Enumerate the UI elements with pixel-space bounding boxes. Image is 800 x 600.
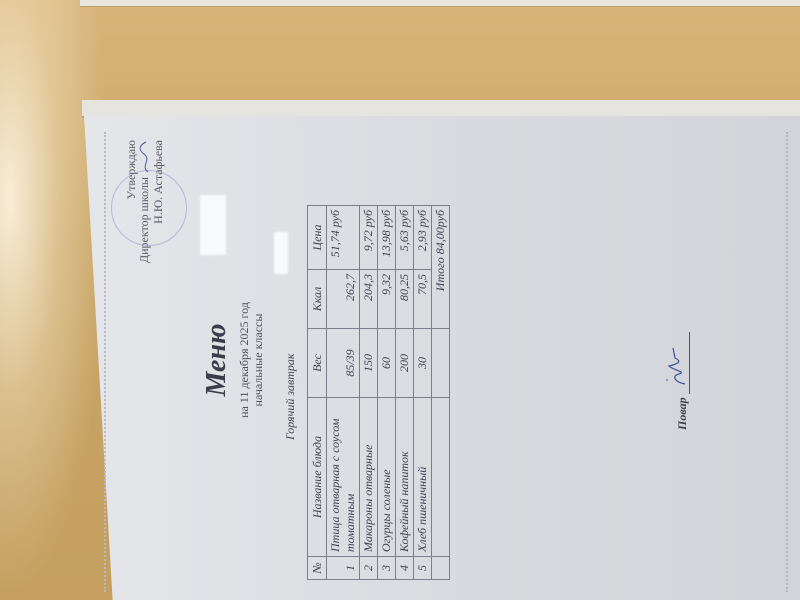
cell-number: 4 (396, 557, 414, 580)
page-title: Меню (201, 130, 233, 590)
signature-line (673, 332, 690, 394)
light-glare (0, 0, 110, 600)
cell-dish-name: Кофейный напиток (396, 398, 414, 557)
menu-document: Утверждаю Директор школы Н.Ю. Астафьева … (125, 130, 725, 590)
col-number: № (308, 557, 327, 580)
cell-price: 13,98 руб (378, 206, 396, 270)
cell-dish-name: Хлеб пшеничный (414, 398, 432, 557)
cell-kcal: 70,5 (414, 270, 432, 329)
cell-weight: 60 (378, 329, 396, 398)
cell-dish-name: Птица отварная с соусом томатным (327, 398, 360, 557)
cell-empty (432, 398, 450, 557)
cell-weight: 85/39 (327, 329, 360, 398)
cell-kcal: 204,3 (360, 270, 378, 329)
table-total-row: Итого 84,00руб (432, 206, 450, 580)
cell-price: 9,72 руб (360, 206, 378, 270)
cell-price: 2,93 руб (414, 206, 432, 270)
cell-weight: 200 (396, 329, 414, 398)
cell-dish-name: Огурцы соленые (378, 398, 396, 557)
col-dish-name: Название блюда (308, 398, 327, 557)
cell-empty (432, 557, 450, 580)
cell-number: 2 (360, 557, 378, 580)
cell-number: 5 (414, 557, 432, 580)
table-row: 4 Кофейный напиток 200 80,25 5,63 руб (396, 206, 414, 580)
cook-signature-icon (663, 344, 689, 388)
col-price: Цена (308, 206, 327, 270)
director-title: Директор школы (138, 140, 152, 263)
table-row: 5 Хлеб пшеничный 30 70,5 2,93 руб (414, 206, 432, 580)
cell-kcal: 9,32 (378, 270, 396, 329)
col-kcal: Ккал (308, 270, 327, 329)
holder-top-strip (80, 0, 800, 7)
col-weight: Вес (308, 329, 327, 398)
cell-number: 3 (378, 557, 396, 580)
table-row: 1 Птица отварная с соусом томатным 85/39… (327, 206, 360, 580)
cook-label: Повар (675, 397, 689, 430)
total-amount: Итого 84,00руб (432, 206, 450, 329)
cook-signature-block: Повар (673, 332, 690, 430)
cell-weight: 30 (414, 329, 432, 398)
group-line: начальные классы (251, 130, 266, 590)
cell-kcal: 80,25 (396, 270, 414, 329)
table-header-row: № Название блюда Вес Ккал Цена (308, 206, 327, 580)
cell-empty (432, 329, 450, 398)
director-signature-icon (138, 140, 152, 174)
date-line: на 11 декабря 2025 год (237, 130, 252, 590)
cell-kcal: 262,7 (327, 270, 360, 329)
cell-dish-name: Макароны отварные (360, 398, 378, 557)
plastic-pocket-edge (82, 100, 800, 118)
cell-price: 5,63 руб (396, 206, 414, 270)
approval-block: Утверждаю Директор школы Н.Ю. Астафьева (125, 140, 165, 263)
meal-section-title: Горячий завтрак (283, 353, 298, 440)
cell-number: 1 (327, 557, 360, 580)
table-row: 2 Макароны отварные 150 204,3 9,72 руб (360, 206, 378, 580)
cell-weight: 150 (360, 329, 378, 398)
table-row: 3 Огурцы соленые 60 9,32 13,98 руб (378, 206, 396, 580)
cell-price: 51,74 руб (327, 206, 360, 270)
menu-table: № Название блюда Вес Ккал Цена 1 Птица о… (307, 205, 450, 580)
